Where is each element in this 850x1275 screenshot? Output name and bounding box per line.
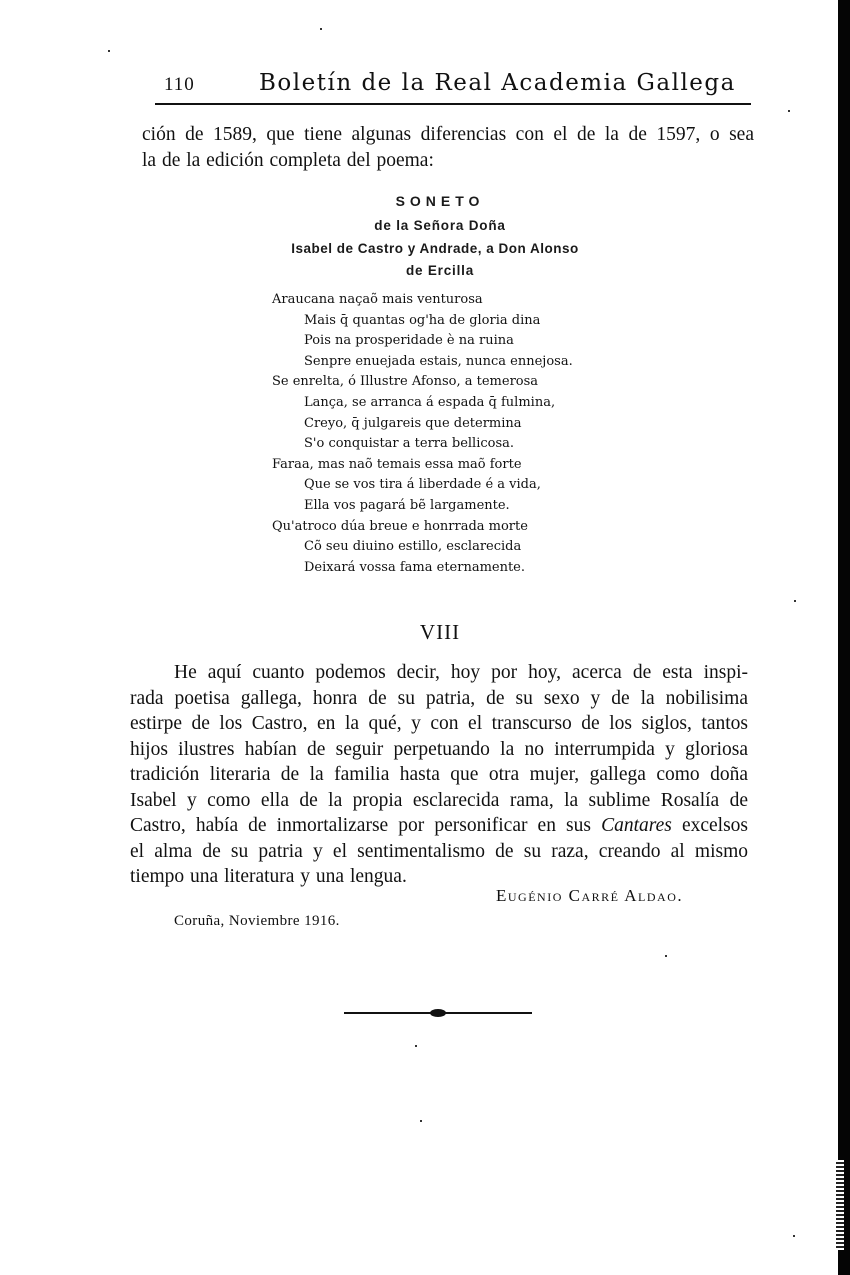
text-line: hijos ilustres habían de seguir perpetua…: [130, 737, 748, 763]
verse-line: Deixará vossa fama eternamente.: [272, 558, 622, 579]
verse-line: Pois na prosperidade è na ruina: [272, 331, 622, 352]
header-rule: [155, 103, 751, 105]
verse-line: Se enrelta, ó Illustre Afonso, a temeros…: [272, 372, 622, 393]
scan-speck: [794, 600, 796, 602]
text-segment: Castro, había de inmortalizarse por pers…: [130, 815, 601, 836]
verse-line: Ella vos pagará bẽ largamente.: [272, 496, 622, 517]
verse-line: Que se vos tira á liberdade é a vida,: [272, 475, 622, 496]
scan-border: [838, 0, 850, 1275]
intro-paragraph: ción de 1589, que tiene algunas diferenc…: [142, 122, 754, 173]
scan-speck: [320, 28, 322, 30]
verse-line: Lança, se arranca á espada q̄ fulmina,: [272, 393, 622, 414]
text-line: ción de 1589, que tiene algunas diferenc…: [142, 122, 754, 148]
scan-speck: [793, 1235, 795, 1237]
text-line: He aquí cuanto podemos decir, hoy por ho…: [130, 660, 748, 686]
scan-border-noise: [836, 1160, 844, 1250]
sonnet-subtitle: Isabel de Castro y Andrade, a Don Alonso: [255, 241, 615, 256]
verse-line: S'o conquistar a terra bellicosa.: [272, 434, 622, 455]
text-line: la de la edición completa del poema:: [142, 148, 754, 174]
scan-speck: [788, 110, 790, 112]
text-segment: excelsos: [672, 815, 748, 836]
page-number: 110: [164, 74, 195, 96]
verse-line: Creyo, q̄ julgareis que determina: [272, 414, 622, 435]
text-line: estirpe de los Castro, en la qué, y con …: [130, 711, 748, 737]
verse-line: Qu'atroco dúa breue e honrrada morte: [272, 517, 622, 538]
body-paragraph: He aquí cuanto podemos decir, hoy por ho…: [130, 660, 748, 890]
scan-speck: [415, 1045, 417, 1047]
dateline: Coruña, Noviembre 1916.: [174, 913, 340, 930]
verse-line: Faraa, mas naõ temais essa maõ forte: [272, 455, 622, 476]
text-line: Castro, había de inmortalizarse por pers…: [130, 813, 748, 839]
verse-line: Mais q̄ quantas og'ha de gloria dina: [272, 311, 622, 332]
sonnet-subtitle: de la Señora Doña: [260, 218, 620, 233]
running-head: 110 Boletín de la Real Academia Gallega: [164, 68, 750, 102]
verse-line: Araucana naçaõ mais venturosa: [272, 290, 622, 311]
scan-speck: [420, 1120, 422, 1122]
sonnet-subtitle: de Ercilla: [260, 263, 620, 278]
text-line: tradición literaria de la familia hasta …: [130, 762, 748, 788]
sonnet-verses: Araucana naçaõ mais venturosa Mais q̄ qu…: [272, 290, 622, 578]
scan-speck: [665, 955, 667, 957]
verse-line: Senpre enuejada estais, nunca ennejosa.: [272, 352, 622, 373]
verse-line: Cõ seu diuino estillo, esclarecida: [272, 537, 622, 558]
text-line: el alma de su patria y el sentimentalism…: [130, 839, 748, 865]
italic-title: Cantares: [601, 815, 672, 836]
ornament-center: [430, 1009, 446, 1017]
document-page: 110 Boletín de la Real Academia Gallega …: [0, 0, 850, 1275]
author-signature: Eugénio Carré Aldao.: [496, 886, 683, 906]
journal-title: Boletín de la Real Academia Gallega: [259, 70, 736, 96]
scan-speck: [108, 50, 110, 52]
sonnet-title: SONETO: [260, 193, 620, 209]
text-line: rada poetisa gallega, honra de su patria…: [130, 686, 748, 712]
end-ornament-rule: [344, 1011, 532, 1014]
text-line: Isabel y como ella de la propia esclarec…: [130, 788, 748, 814]
section-number: VIII: [400, 620, 480, 645]
